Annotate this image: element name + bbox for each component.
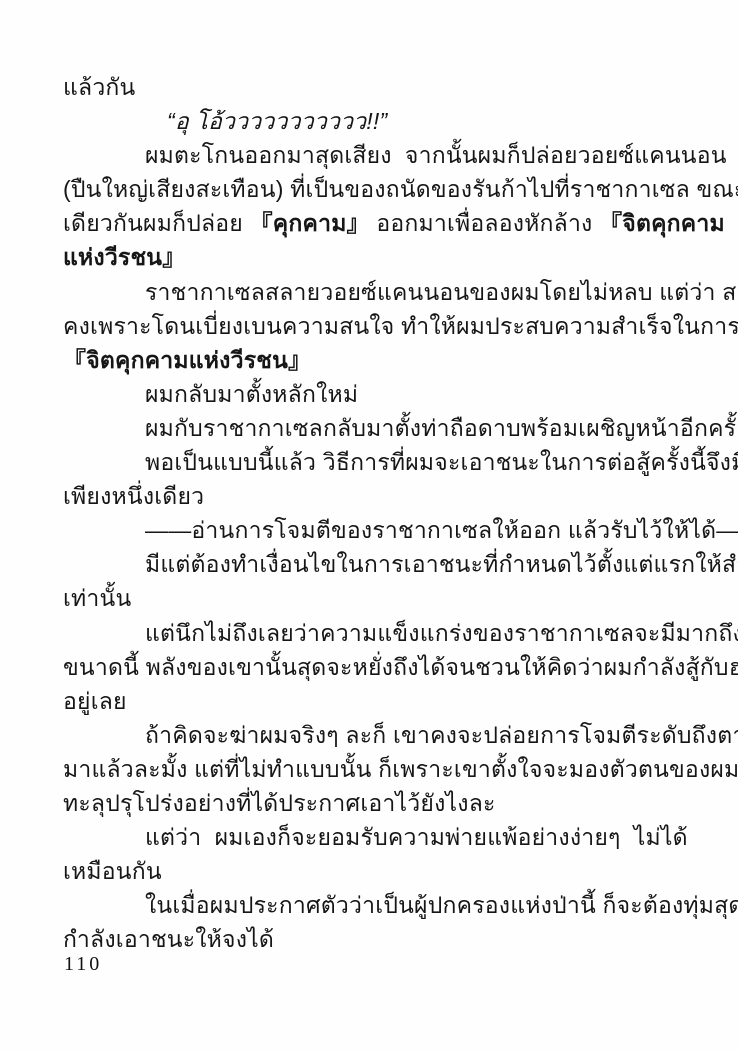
text-line: ——อ่านการโจมตีของราชากาเซลให้ออก แล้วรับ… xyxy=(145,513,678,547)
text-line: เท่านั้น xyxy=(63,581,678,615)
body-text: มาแล้วละมั้ง แต่ที่ไม่ทำแบบนั้น ก็เพราะเ… xyxy=(63,756,738,782)
body-text: ผมตะโกนออกมาสุดเสียง จากนั้นผมก็ปล่อยวอย… xyxy=(145,142,727,168)
body-text: เหมือนกัน xyxy=(63,858,162,884)
text-line: แต่ว่า ผมเองก็จะยอมรับความพ่ายแพ้อย่างง่… xyxy=(145,820,678,854)
skill-name-text: 『คุกคาม』 xyxy=(250,210,370,236)
book-page: แล้วกัน“อุ โอ้ววววววววววว!!”ผมตะโกนออกมา… xyxy=(0,0,738,1051)
text-line: เพียงหนึ่งเดียว xyxy=(63,479,678,513)
body-text: แล้วกัน xyxy=(63,74,135,100)
skill-name-text: แห่งวีรชน』 xyxy=(63,244,185,270)
body-text: ราชากาเซลสลายวอยซ์แคนนอนของผมโดยไม่หลบ แ… xyxy=(145,279,738,305)
body-text: ——อ่านการโจมตีของราชากาเซลให้ออก แล้วรับ… xyxy=(145,517,738,543)
text-line: ผมกลับมาตั้งหลักใหม่ xyxy=(145,377,678,411)
body-text: (ปืนใหญ่เสียงสะเทือน) ที่เป็นของถนัดของร… xyxy=(63,176,738,202)
body-text: มีแต่ต้องทำเงื่อนไขในการเอาชนะที่กำหนดไว… xyxy=(145,551,738,577)
text-line: มีแต่ต้องทำเงื่อนไขในการเอาชนะที่กำหนดไว… xyxy=(145,547,678,581)
text-line: (ปืนใหญ่เสียงสะเทือน) ที่เป็นของถนัดของร… xyxy=(63,172,678,206)
text-line: ราชากาเซลสลายวอยซ์แคนนอนของผมโดยไม่หลบ แ… xyxy=(145,275,678,309)
body-text: ผมกลับมาตั้งหลักใหม่ xyxy=(145,381,358,407)
text-line: มาแล้วละมั้ง แต่ที่ไม่ทำแบบนั้น ก็เพราะเ… xyxy=(63,752,678,786)
text-line: ในเมื่อผมประกาศตัวว่าเป็นผู้ปกครองแห่งป่… xyxy=(145,888,678,922)
page-text: แล้วกัน“อุ โอ้ววววววววววว!!”ผมตะโกนออกมา… xyxy=(63,70,678,956)
body-text: ออกมาเพื่อลองหักล้าง xyxy=(370,210,599,236)
text-line: แห่งวีรชน』 xyxy=(63,240,678,274)
body-text: คงเพราะโดนเบี่ยงเบนความสนใจ ทำให้ผมประสบ… xyxy=(63,313,738,339)
text-line: ทะลุปรุโปร่งอย่างที่ได้ประกาศเอาไว้ยังไง… xyxy=(63,786,678,820)
text-line: “อุ โอ้ววววววววววว!!” xyxy=(167,104,678,138)
body-text: กำลังเอาชนะให้จงได้ xyxy=(63,926,274,952)
text-line: พอเป็นแบบนี้แล้ว วิธีการที่ผมจะเอาชนะในก… xyxy=(145,445,678,479)
body-text: “อุ โอ้ววววววววววว!!” xyxy=(167,108,387,134)
text-line: เหมือนกัน xyxy=(63,854,678,888)
skill-name-text: 『จิตคุกคาม xyxy=(599,210,725,236)
body-text: ในเมื่อผมประกาศตัวว่าเป็นผู้ปกครองแห่งป่… xyxy=(145,892,738,918)
body-text: เพียงหนึ่งเดียว xyxy=(63,483,204,509)
text-line: ขนาดนี้ พลังของเขานั้นสุดจะหยั่งถึงได้จน… xyxy=(63,650,678,684)
body-text: แต่ว่า ผมเองก็จะยอมรับความพ่ายแพ้อย่างง่… xyxy=(145,824,688,850)
text-line: ผมกับราชากาเซลกลับมาตั้งท่าถือดาบพร้อมเผ… xyxy=(145,411,678,445)
text-line: แต่นึกไม่ถึงเลยว่าความแข็งแกร่งของราชากา… xyxy=(145,616,678,650)
text-line: ผมตะโกนออกมาสุดเสียง จากนั้นผมก็ปล่อยวอย… xyxy=(145,138,678,172)
page-number: 110 xyxy=(64,953,102,976)
body-text: แต่นึกไม่ถึงเลยว่าความแข็งแกร่งของราชากา… xyxy=(145,620,738,646)
body-text: ถ้าคิดจะฆ่าผมจริงๆ ละก็ เขาคงจะปล่อยการโ… xyxy=(145,722,738,748)
text-line: อยู่เลย xyxy=(63,684,678,718)
text-line: แล้วกัน xyxy=(63,70,678,104)
body-text: เดียวกันผมก็ปล่อย xyxy=(63,210,250,236)
body-text: ทะลุปรุโปร่งอย่างที่ได้ประกาศเอาไว้ยังไง… xyxy=(63,790,496,816)
body-text: เท่านั้น xyxy=(63,585,131,611)
body-text: พอเป็นแบบนี้แล้ว วิธีการที่ผมจะเอาชนะในก… xyxy=(145,449,738,475)
body-text: ผมกับราชากาเซลกลับมาตั้งท่าถือดาบพร้อมเผ… xyxy=(145,415,738,441)
body-text: อยู่เลย xyxy=(63,688,127,714)
text-line: คงเพราะโดนเบี่ยงเบนความสนใจ ทำให้ผมประสบ… xyxy=(63,309,678,343)
skill-name-text: 『จิตคุกคามแห่งวีรชน』 xyxy=(63,347,311,373)
text-line: เดียวกันผมก็ปล่อย 『คุกคาม』 ออกมาเพื่อลอง… xyxy=(63,206,678,240)
text-line: 『จิตคุกคามแห่งวีรชน』 xyxy=(63,343,678,377)
text-line: ถ้าคิดจะฆ่าผมจริงๆ ละก็ เขาคงจะปล่อยการโ… xyxy=(145,718,678,752)
text-line: กำลังเอาชนะให้จงได้ xyxy=(63,922,678,956)
body-text: ขนาดนี้ พลังของเขานั้นสุดจะหยั่งถึงได้จน… xyxy=(63,654,738,680)
